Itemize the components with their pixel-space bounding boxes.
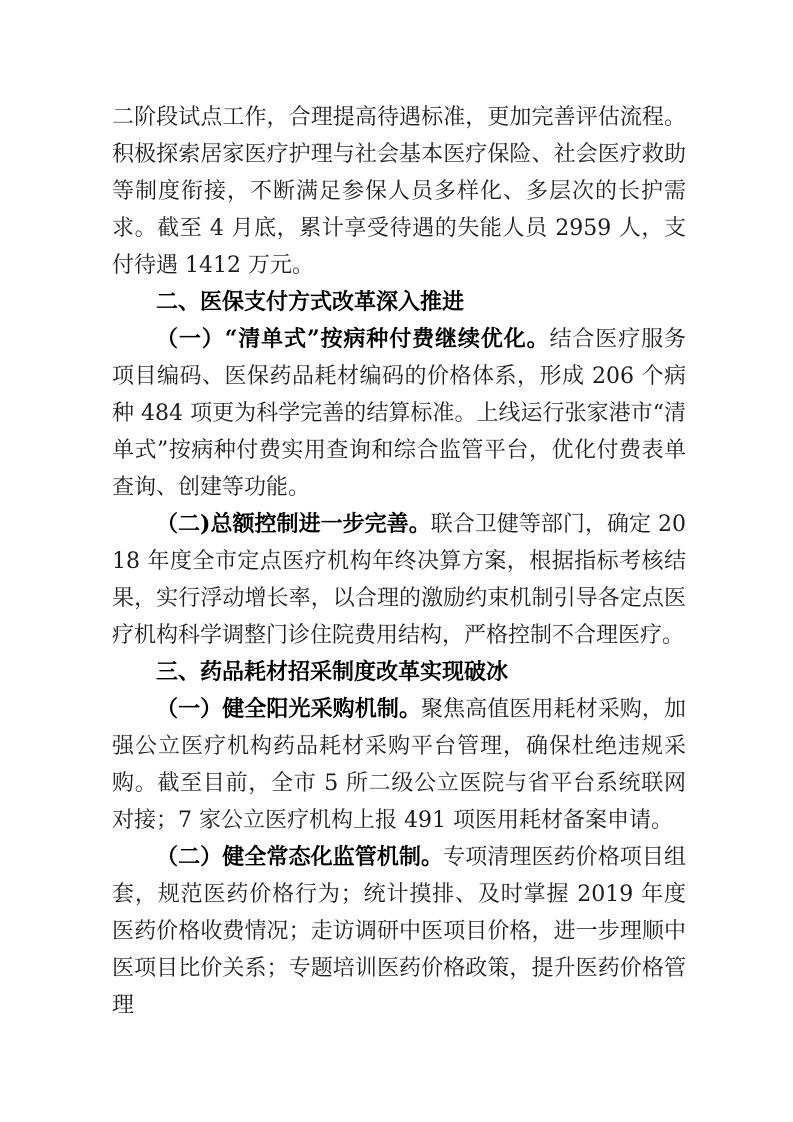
sub-paragraph-3-2: （二）健全常态化监管机制。专项清理医药价格项目组套，规范医药价格行为；统计摸排、…	[112, 839, 686, 1024]
sub-paragraph-text: 专项清理医药价格项目组套，规范医药价格行为；统计摸排、及时掌握 2019 年度医…	[112, 845, 686, 1018]
sub-paragraph-lead: （二）健全常态化监管机制。	[156, 844, 443, 870]
sub-paragraph-lead: （一）健全阳光采购机制。	[156, 696, 421, 722]
sub-paragraph-text: 结合医疗服务项目编码、医保药品耗材编码的价格体系，形成 206 个病种 484 …	[112, 327, 686, 500]
sub-paragraph-3-1: （一）健全阳光采购机制。聚焦高值医用耗材采购，加强公立医疗机构药品耗材采购平台管…	[112, 691, 686, 839]
section-heading-2: 二、医保支付方式改革深入推进	[112, 284, 686, 321]
paragraph-continuation: 二阶段试点工作，合理提高待遇标准，更加完善评估流程。积极探索居家医疗护理与社会基…	[112, 99, 686, 284]
sub-paragraph-2-1: （一）“清单式”按病种付费继续优化。结合医疗服务项目编码、医保药品耗材编码的价格…	[112, 321, 686, 506]
sub-paragraph-lead: （二)总额控制进一步完善。	[156, 511, 431, 537]
document-body: 二阶段试点工作，合理提高待遇标准，更加完善评估流程。积极探索居家医疗护理与社会基…	[112, 99, 686, 1024]
document-page: 二阶段试点工作，合理提高待遇标准，更加完善评估流程。积极探索居家医疗护理与社会基…	[0, 0, 793, 1122]
sub-paragraph-2-2: （二)总额控制进一步完善。联合卫健等部门，确定 2018 年度全市定点医疗机构年…	[112, 506, 686, 654]
section-heading-3: 三、药品耗材招采制度改革实现破冰	[112, 654, 686, 691]
sub-paragraph-lead: （一）“清单式”按病种付费继续优化。	[156, 326, 550, 352]
